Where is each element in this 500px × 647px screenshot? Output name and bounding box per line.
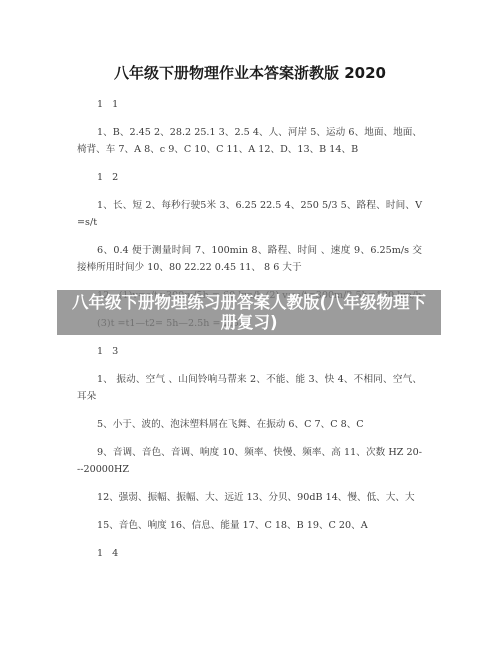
section-label: 1 3 [77, 343, 422, 360]
banner-title: 八年级下册物理练习册答案人教版(八年级物理下册复习) [64, 293, 434, 333]
section-label: 1 2 [77, 169, 422, 186]
answer-paragraph: 1、B、2.45 2、28.2 25.1 3、2.5 4、人、河岸 5、运动 6… [77, 124, 422, 158]
answer-paragraph: 1、 振动、空气 、山间铃响马帮来 2、不能、能 3、快 4、不相同、空气、耳朵 [77, 371, 422, 405]
answer-paragraph: 9、音调、音色、音调、响度 10、频率、快慢、频率、高 11、次数 HZ 20-… [77, 444, 422, 478]
overlay-banner: 八年级下册物理练习册答案人教版(八年级物理下册复习) [57, 290, 441, 335]
section-label: 1 4 [77, 545, 422, 562]
answer-paragraph: 1、长、短 2、每秒行驶5米 3、6.25 22.5 4、250 5/3 5、路… [77, 197, 422, 231]
answer-paragraph: 5、小于、波的、泡沫塑料屑在飞舞、在振动 6、C 7、C 8、C [77, 416, 422, 433]
answer-paragraph: 12、强弱、振幅、振幅、大、远近 13、分贝、90dB 14、慢、低、大、大 [77, 489, 422, 506]
section-label: 1 1 [77, 96, 422, 113]
answer-paragraph: 15、音色、响度 16、信息、能量 17、C 18、B 19、C 20、A [77, 517, 422, 534]
document-title: 八年级下册物理作业本答案浙教版 2020 [0, 62, 500, 83]
document-page: 八年级下册物理作业本答案浙教版 2020 1 1 1、B、2.45 2、28.2… [0, 0, 500, 647]
answer-paragraph: 6、0.4 便于测量时间 7、100min 8、路程、时间 、速度 9、6.25… [77, 242, 422, 276]
